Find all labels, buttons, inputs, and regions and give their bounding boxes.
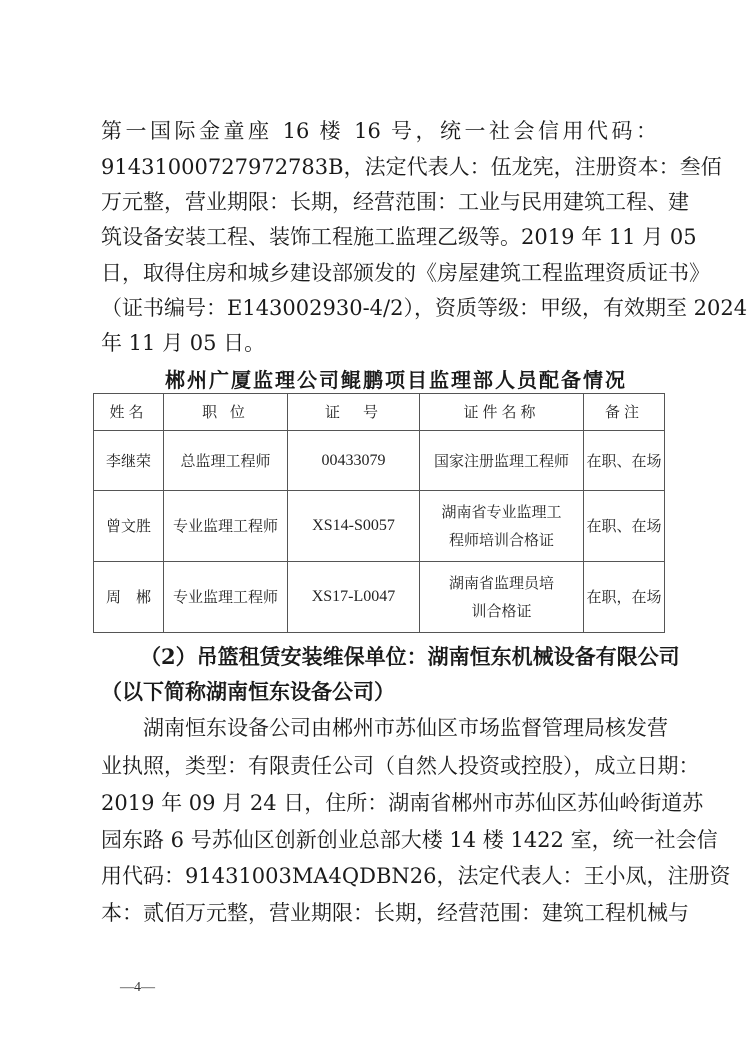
cell-remark: 在职、在场 <box>584 431 665 491</box>
paragraph-line: （证书编号：E143002930-4/2），资质等级：甲级，有效期至 2024 <box>101 295 657 321</box>
cell-remark: 在职，在场 <box>584 562 665 633</box>
cell-position: 专业监理工程师 <box>164 491 288 562</box>
header-cert-name: 证件名称 <box>420 394 584 431</box>
paragraph-line: 本：贰佰万元整，营业期限：长期，经营范围：建筑工程机械与 <box>101 900 657 926</box>
paragraph-line: 第一国际金童座 16 楼 16 号，统一社会信用代码： <box>101 118 657 144</box>
paragraph-line: 万元整，营业期限：长期，经营范围：工业与民用建筑工程、建 <box>101 189 657 215</box>
cell-remark: 在职、在场 <box>584 491 665 562</box>
cell-cert-no: XS14-S0057 <box>288 491 420 562</box>
paragraph-line: 园东路 6 号苏仙区创新创业总部大楼 14 楼 1422 室，统一社会信 <box>101 827 657 853</box>
paragraph-line: 年 11 月 05 日。 <box>101 330 657 356</box>
cell-position: 专业监理工程师 <box>164 562 288 633</box>
header-position: 职 位 <box>164 394 288 431</box>
cell-cert-name: 湖南省专业监理工程师培训合格证 <box>420 491 584 562</box>
paragraph-line: 筑设备安装工程、装饰工程施工监理乙级等。2019 年 11 月 05 <box>101 224 657 250</box>
staff-table: 姓名 职 位 证 号 证件名称 备注 李继荣 总监理工程师 00433079 国… <box>93 393 665 633</box>
paragraph-line: 业执照，类型：有限责任公司（自然人投资或控股），成立日期： <box>101 753 657 779</box>
cell-name: 曾文胜 <box>94 491 164 562</box>
table-row: 李继荣 总监理工程师 00433079 国家注册监理工程师 在职、在场 <box>94 431 665 491</box>
cell-cert-no: 00433079 <box>288 431 420 491</box>
header-cert-no: 证 号 <box>288 394 420 431</box>
cell-cert-no: XS17-L0047 <box>288 562 420 633</box>
page-number: —4— <box>120 980 155 996</box>
paragraph-line: 91431000727972783B，法定代表人：伍龙宪，注册资本：叁佰 <box>101 154 657 180</box>
table-row: 周 郴 专业监理工程师 XS17-L0047 湖南省监理员培训合格证 在职，在场 <box>94 562 665 633</box>
cell-position: 总监理工程师 <box>164 431 288 491</box>
paragraph-line: 湖南恒东设备公司由郴州市苏仙区市场监督管理局核发营 <box>143 715 657 741</box>
cell-cert-name: 国家注册监理工程师 <box>420 431 584 491</box>
paragraph-line: 日，取得住房和城乡建设部颁发的《房屋建筑工程监理资质证书》 <box>101 260 657 286</box>
cell-name: 周 郴 <box>94 562 164 633</box>
cell-name: 李继荣 <box>94 431 164 491</box>
table-header-row: 姓名 职 位 证 号 证件名称 备注 <box>94 394 665 431</box>
header-remark: 备注 <box>584 394 665 431</box>
table-title: 郴州广厦监理公司鲲鹏项目监理部人员配备情况 <box>101 364 691 393</box>
section-heading: （以下简称湖南恒东设备公司） <box>101 679 657 705</box>
paragraph-line: 用代码：91431003MA4QDBN26，法定代表人：王小凤，注册资 <box>101 863 657 889</box>
cell-cert-name: 湖南省监理员培训合格证 <box>420 562 584 633</box>
table-row: 曾文胜 专业监理工程师 XS14-S0057 湖南省专业监理工程师培训合格证 在… <box>94 491 665 562</box>
paragraph-line: 2019 年 09 月 24 日，住所：湖南省郴州市苏仙区苏仙岭街道苏 <box>101 790 657 816</box>
header-name: 姓名 <box>94 394 164 431</box>
section-heading: （2）吊篮租赁安装维保单位：湖南恒东机械设备有限公司 <box>140 644 657 670</box>
